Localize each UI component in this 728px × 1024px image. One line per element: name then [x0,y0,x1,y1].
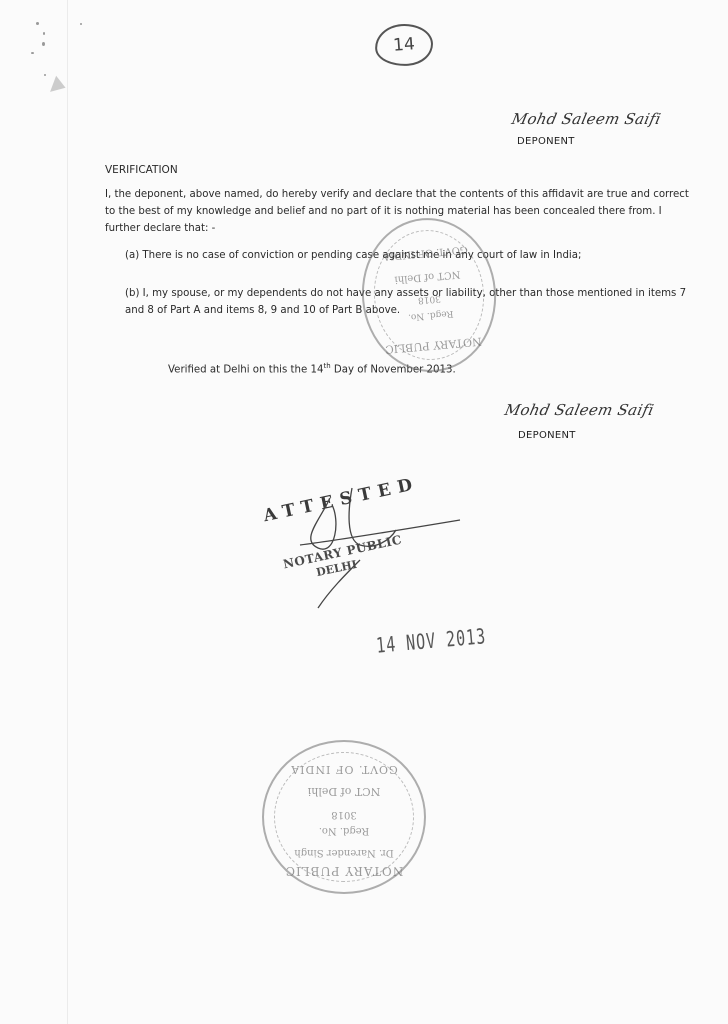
verified-sup: th [323,362,330,370]
page-number-circled: 14 [374,22,435,68]
seal-lower-name: Dr. Narender Singh [264,847,424,858]
attested-stamp-title: ATTESTED [262,474,421,527]
date-stamp: 14 NOV 2013 [375,624,487,659]
notary-seal-upper: NOTARY PUBLIC Regd. No. 3018 NCT of Delh… [356,212,503,377]
top-deponent-label: DEPONENT [517,136,575,147]
notary-seal-lower: NOTARY PUBLIC Dr. Narender Singh Regd. N… [262,740,426,894]
bottom-deponent-label: DEPONENT [518,430,576,441]
seal-lower-region: NCT of Delhi [264,785,424,798]
seal-lower-outer-top: GOVT. OF INDIA [264,763,424,776]
seal-lower-regd: Regd. No. [264,825,424,836]
scan-smudge [46,74,65,92]
verified-prefix: Verified at Delhi on this the 14 [168,364,323,375]
top-signature: Mohd Saleem Saifi [510,110,662,128]
seal-lower-outer-bottom: NOTARY PUBLIC [264,864,424,878]
bottom-signature: Mohd Saleem Saifi [503,401,655,419]
seal-lower-number: 3018 [264,809,424,820]
verification-heading: VERIFICATION [105,164,178,176]
page-margin-line [67,0,68,1024]
